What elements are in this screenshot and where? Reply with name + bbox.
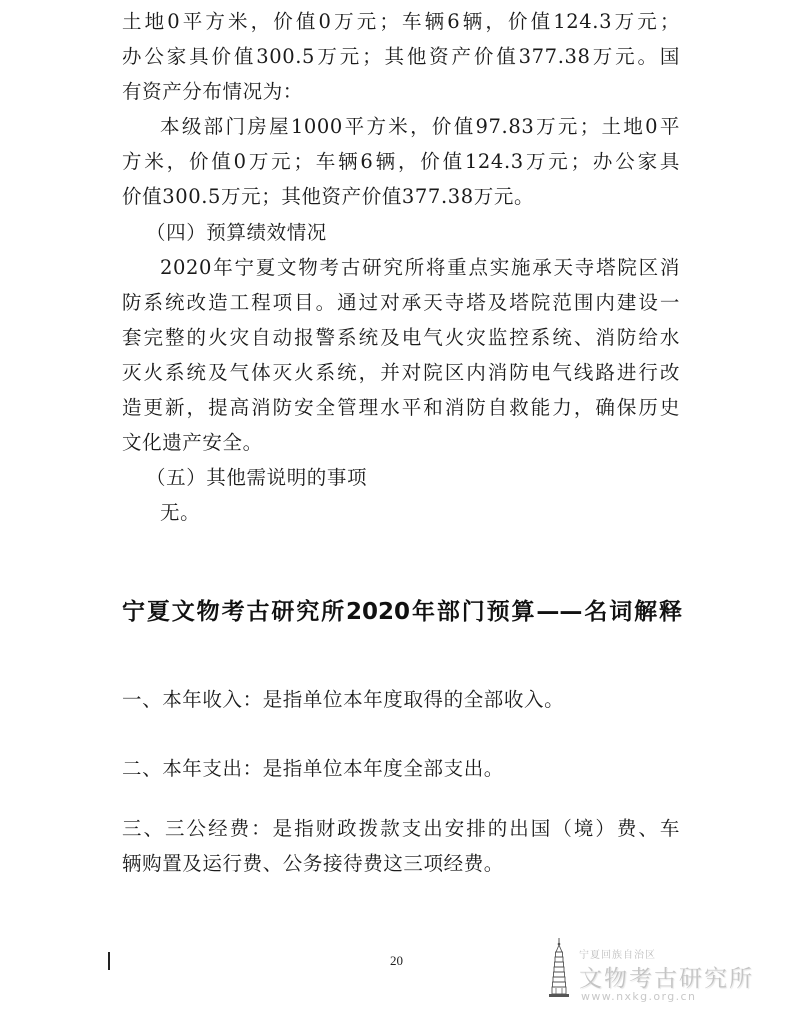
section-4-line: 灭火系统及气体灭火系统，并对院区内消防电气线路进行改 xyxy=(122,361,680,385)
asset-text-line: 土地0平方米，价值0万元；车辆6辆，价值124.3万元； xyxy=(122,10,680,34)
glossary-item-three-public-expenses-cont: 辆购置及运行费、公务接待费这三项经费。 xyxy=(122,852,680,876)
glossary-item-income: 一、本年收入：是指单位本年度取得的全部收入。 xyxy=(122,688,680,712)
section-4-line: 文化遗产安全。 xyxy=(122,431,680,455)
section-4-heading: （四）预算绩效情况 xyxy=(146,221,704,245)
section-4-line: 2020年宁夏文物考古研究所将重点实施承天寺塔院区消 xyxy=(160,256,680,280)
asset-distribution-line: 价值300.5万元；其他资产价值377.38万元。 xyxy=(122,185,680,209)
institute-logo: 宁夏回族自治区 文物考古研究所 www.nxkg.org.cn xyxy=(548,938,788,1018)
document-page: 土地0平方米，价值0万元；车辆6辆，价值124.3万元； 办公家具价值300.5… xyxy=(0,0,800,1036)
asset-text-line: 办公家具价值300.5万元；其他资产价值377.38万元。国 xyxy=(122,45,680,69)
logo-website-url: www.nxkg.org.cn xyxy=(581,990,696,1003)
section-4-line: 防系统改造工程项目。通过对承天寺塔及塔院范围内建设一 xyxy=(122,291,680,315)
pagoda-icon xyxy=(548,938,570,1004)
section-4-line: 套完整的火灾自动报警系统及电气火灾监控系统、消防给水 xyxy=(122,326,680,350)
glossary-title: 宁夏文物考古研究所2020年部门预算——名词解释 xyxy=(122,597,682,627)
asset-distribution-line: 方米，价值0万元；车辆6辆，价值124.3万元；办公家具 xyxy=(122,150,680,174)
logo-region-text: 宁夏回族自治区 xyxy=(579,946,656,961)
section-5-body: 无。 xyxy=(160,501,718,525)
asset-distribution-line: 本级部门房屋1000平方米，价值97.83万元；土地0平 xyxy=(160,115,680,139)
glossary-item-expenditure: 二、本年支出：是指单位本年度全部支出。 xyxy=(122,757,680,781)
page-number: 20 xyxy=(390,953,403,969)
glossary-item-three-public-expenses: 三、三公经费：是指财政拨款支出安排的出国（境）费、车 xyxy=(122,817,680,841)
text-cursor-mark xyxy=(108,952,110,970)
asset-text-line: 有资产分布情况为： xyxy=(122,80,680,104)
logo-institute-name: 文物考古研究所 xyxy=(579,960,754,993)
section-4-line: 造更新，提高消防安全管理水平和消防自救能力，确保历史 xyxy=(122,396,680,420)
section-5-heading: （五）其他需说明的事项 xyxy=(146,466,704,490)
